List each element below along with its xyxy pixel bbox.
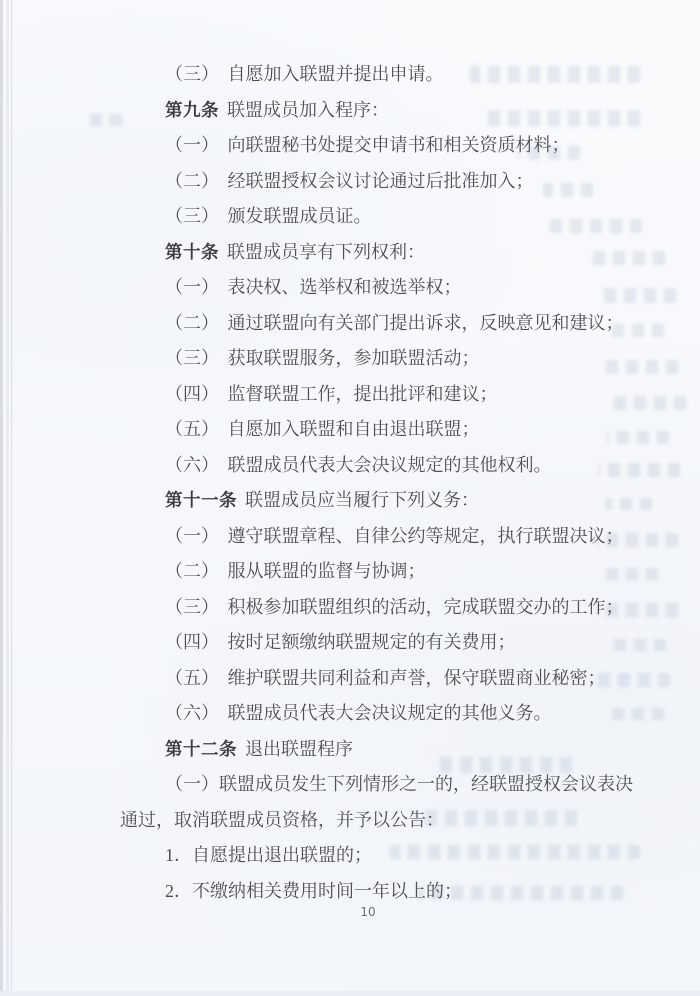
document-line: （二） 服从联盟的监督与协调； (120, 554, 616, 590)
scan-edge-artifact (0, 0, 3, 996)
document-line: （一） 表决权、选举权和被选举权； (120, 270, 616, 306)
document-line: （五） 自愿加入联盟和自由退出联盟； (120, 412, 616, 448)
scan-line-artifact (11, 0, 12, 996)
article-number: 第十一条 (165, 490, 237, 510)
scan-bottom-shadow (0, 991, 700, 996)
document-line: （一） 遵守联盟章程、自律公约等规定，执行联盟决议； (120, 519, 616, 555)
document-line: （一）联盟成员发生下列情形之一的，经联盟授权会议表决 (120, 767, 616, 803)
document-line: （三） 积极参加联盟组织的活动，完成联盟交办的工作； (120, 590, 616, 626)
page-number: 10 (352, 905, 384, 919)
document-line: （二） 经联盟授权会议讨论通过后批准加入； (120, 164, 616, 200)
document-line: （六） 联盟成员代表大会决议规定的其他义务。 (120, 696, 616, 732)
document-line: （二） 通过联盟向有关部门提出诉求，反映意见和建议； (120, 306, 616, 342)
article-heading-line: 第十条联盟成员享有下列权利： (120, 235, 616, 271)
bleedthrough-mark (606, 360, 678, 374)
article-heading-line: 第十一条联盟成员应当履行下列义务： (120, 483, 616, 519)
article-heading-line: 第九条联盟成员加入程序： (120, 93, 616, 129)
bleedthrough-mark (612, 396, 686, 410)
scan-streak-artifact (6, 0, 9, 996)
document-line: （三） 颁发联盟成员证。 (120, 199, 616, 235)
document-line: 通过，取消联盟成员资格，并予以公告： (120, 803, 616, 839)
document-page: （三） 自愿加入联盟并提出申请。第九条联盟成员加入程序：（一） 向联盟秘书处提交… (0, 0, 700, 996)
document-line: （四） 监督联盟工作，提出批评和建议； (120, 377, 616, 413)
document-line: 1．自愿提出退出联盟的； (120, 838, 616, 874)
article-heading-line: 第十二条退出联盟程序 (120, 732, 616, 768)
article-number: 第十条 (165, 242, 219, 262)
document-line: （三） 自愿加入联盟并提出申请。 (120, 57, 616, 93)
bleedthrough-mark (607, 431, 669, 444)
document-line: （六） 联盟成员代表大会决议规定的其他权利。 (120, 448, 616, 484)
document-line: （一） 向联盟秘书处提交申请书和相关资质材料； (120, 128, 616, 164)
document-line: 2．不缴纳相关费用时间一年以上的； (120, 874, 616, 910)
article-number: 第十二条 (165, 739, 237, 759)
article-number: 第九条 (165, 100, 219, 120)
document-line: （四） 按时足额缴纳联盟规定的有关费用； (120, 625, 616, 661)
document-body: （三） 自愿加入联盟并提出申请。第九条联盟成员加入程序：（一） 向联盟秘书处提交… (120, 57, 616, 909)
document-line: （五） 维护联盟共同利益和声誉，保守联盟商业秘密； (120, 661, 616, 697)
document-line: （三） 获取联盟服务，参加联盟活动； (120, 341, 616, 377)
bleedthrough-mark (84, 114, 122, 126)
